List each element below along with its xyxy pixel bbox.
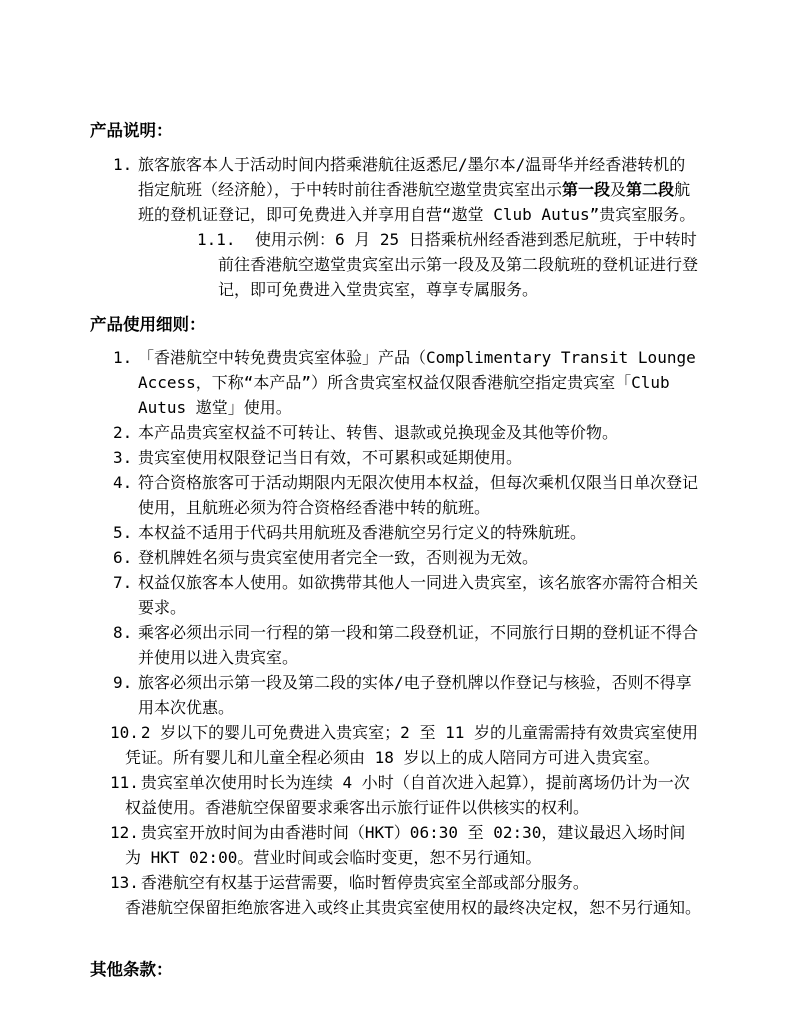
- item-number: 1.: [113, 152, 132, 177]
- item-number: 12.: [110, 823, 139, 842]
- list-item: 3.贵宾室使用权限登记当日有效，不可累积或延期使用。: [90, 445, 701, 470]
- item-number: 10.: [110, 723, 139, 742]
- item-number: 1.: [113, 345, 132, 370]
- item-text: 2 岁以下的婴儿可免费进入贵宾室；2 至 11 岁的儿童需需持有效贵宾室使用凭证…: [125, 723, 698, 767]
- item-text: 「香港航空中转免费贵宾室体验」产品（Complimentary Transit …: [138, 348, 705, 417]
- bold-text: 第一段: [562, 180, 610, 199]
- item-number: 6.: [113, 545, 132, 570]
- list-item: 6.登机牌姓名须与贵宾室使用者完全一致，否则视为无效。: [90, 545, 701, 570]
- list-item: 12.贵宾室开放时间为由香港时间（HKT）06:30 至 02:30，建议最迟入…: [90, 820, 701, 870]
- item-text: 旅客必须出示第一段及第二段的实体/电子登机牌以作登记与核验，否则不得享用本次优惠…: [138, 673, 692, 717]
- list-item: 1.旅客旅客本人于活动时间内搭乘港航往返悉尼/墨尔本/温哥华并经香港转机的指定航…: [90, 152, 701, 227]
- item-text: 贵宾室单次使用时长为连续 4 小时（自首次进入起算），提前离场仍计为一次权益使用…: [125, 773, 690, 817]
- list-item: 13.香港航空有权基于运营需要，临时暂停贵宾室全部或部分服务。 香港航空保留拒绝…: [90, 870, 701, 920]
- list-item: 1.「香港航空中转免费贵宾室体验」产品（Complimentary Transi…: [90, 345, 701, 420]
- item-text: 符合资格旅客可于活动期限内无限次使用本权益，但每次乘机仅限当日单次登记使用，且航…: [138, 473, 698, 517]
- item-text: 旅客旅客本人于活动时间内搭乘港航往返悉尼/墨尔本/温哥华并经香港转机的指定航班（…: [138, 155, 695, 224]
- item-text-segment: 及: [610, 180, 626, 199]
- item-text: 登机牌姓名须与贵宾室使用者完全一致，否则视为无效。: [138, 548, 538, 567]
- item-text: 乘客必须出示同一行程的第一段和第二段登机证，不同旅行日期的登机证不得合并使用以进…: [138, 623, 698, 667]
- list-item: 11.贵宾室单次使用时长为连续 4 小时（自首次进入起算），提前离场仍计为一次权…: [90, 770, 701, 820]
- section-heading-usage-rules: 产品使用细则：: [90, 312, 701, 337]
- item-text: 贵宾室开放时间为由香港时间（HKT）06:30 至 02:30，建议最迟入场时间…: [125, 823, 685, 867]
- document-page: 产品说明： 1.旅客旅客本人于活动时间内搭乘港航往返悉尼/墨尔本/温哥华并经香港…: [0, 0, 791, 1024]
- list-item: 9.旅客必须出示第一段及第二段的实体/电子登机牌以作登记与核验，否则不得享用本次…: [90, 670, 701, 720]
- item-number: 5.: [113, 520, 132, 545]
- item-text: 本产品贵宾室权益不可转让、转售、退款或兑换现金及其他等价物。: [138, 423, 618, 442]
- bold-text: 第二段: [626, 180, 674, 199]
- list-item: 10.2 岁以下的婴儿可免费进入贵宾室；2 至 11 岁的儿童需需持有效贵宾室使…: [90, 720, 701, 770]
- section-heading-product-description: 产品说明：: [90, 118, 701, 143]
- section-heading-other-terms: 其他条款：: [90, 957, 701, 982]
- item-number: 4.: [113, 470, 132, 495]
- item-number: 3.: [113, 445, 132, 470]
- list-item: 5.本权益不适用于代码共用航班及香港航空另行定义的特殊航班。: [90, 520, 701, 545]
- list-item: 4.符合资格旅客可于活动期限内无限次使用本权益，但每次乘机仅限当日单次登记使用，…: [90, 470, 701, 520]
- list-item: 8.乘客必须出示同一行程的第一段和第二段登机证，不同旅行日期的登机证不得合并使用…: [90, 620, 701, 670]
- list-item: 7.权益仅旅客本人使用。如欲携带其他人一同进入贵宾室，该名旅客亦需符合相关要求。: [90, 570, 701, 620]
- item-number: 2.: [113, 420, 132, 445]
- item-text: 本权益不适用于代码共用航班及香港航空另行定义的特殊航班。: [138, 523, 586, 542]
- item-text: 贵宾室使用权限登记当日有效，不可累积或延期使用。: [138, 448, 522, 467]
- item-number: 7.: [113, 570, 132, 595]
- list-item: 2.本产品贵宾室权益不可转让、转售、退款或兑换现金及其他等价物。: [90, 420, 701, 445]
- sub-item-text: 使用示例：6 月 25 日搭乘杭州经香港到悉尼航班，于中转时前往香港航空遨堂贵宾…: [218, 230, 698, 299]
- item-text: 权益仅旅客本人使用。如欲携带其他人一同进入贵宾室，该名旅客亦需符合相关要求。: [138, 573, 698, 617]
- item-number: 8.: [113, 620, 132, 645]
- item-number: 11.: [110, 773, 139, 792]
- item-number: 9.: [113, 670, 132, 695]
- item-text: 香港航空有权基于运营需要，临时暂停贵宾室全部或部分服务。 香港航空保留拒绝旅客进…: [125, 873, 701, 917]
- sub-item-number: 1.1.: [160, 227, 236, 252]
- item-number: 13.: [110, 873, 139, 892]
- sub-list-item: 1.1.使用示例：6 月 25 日搭乘杭州经香港到悉尼航班，于中转时前往香港航空…: [218, 227, 701, 302]
